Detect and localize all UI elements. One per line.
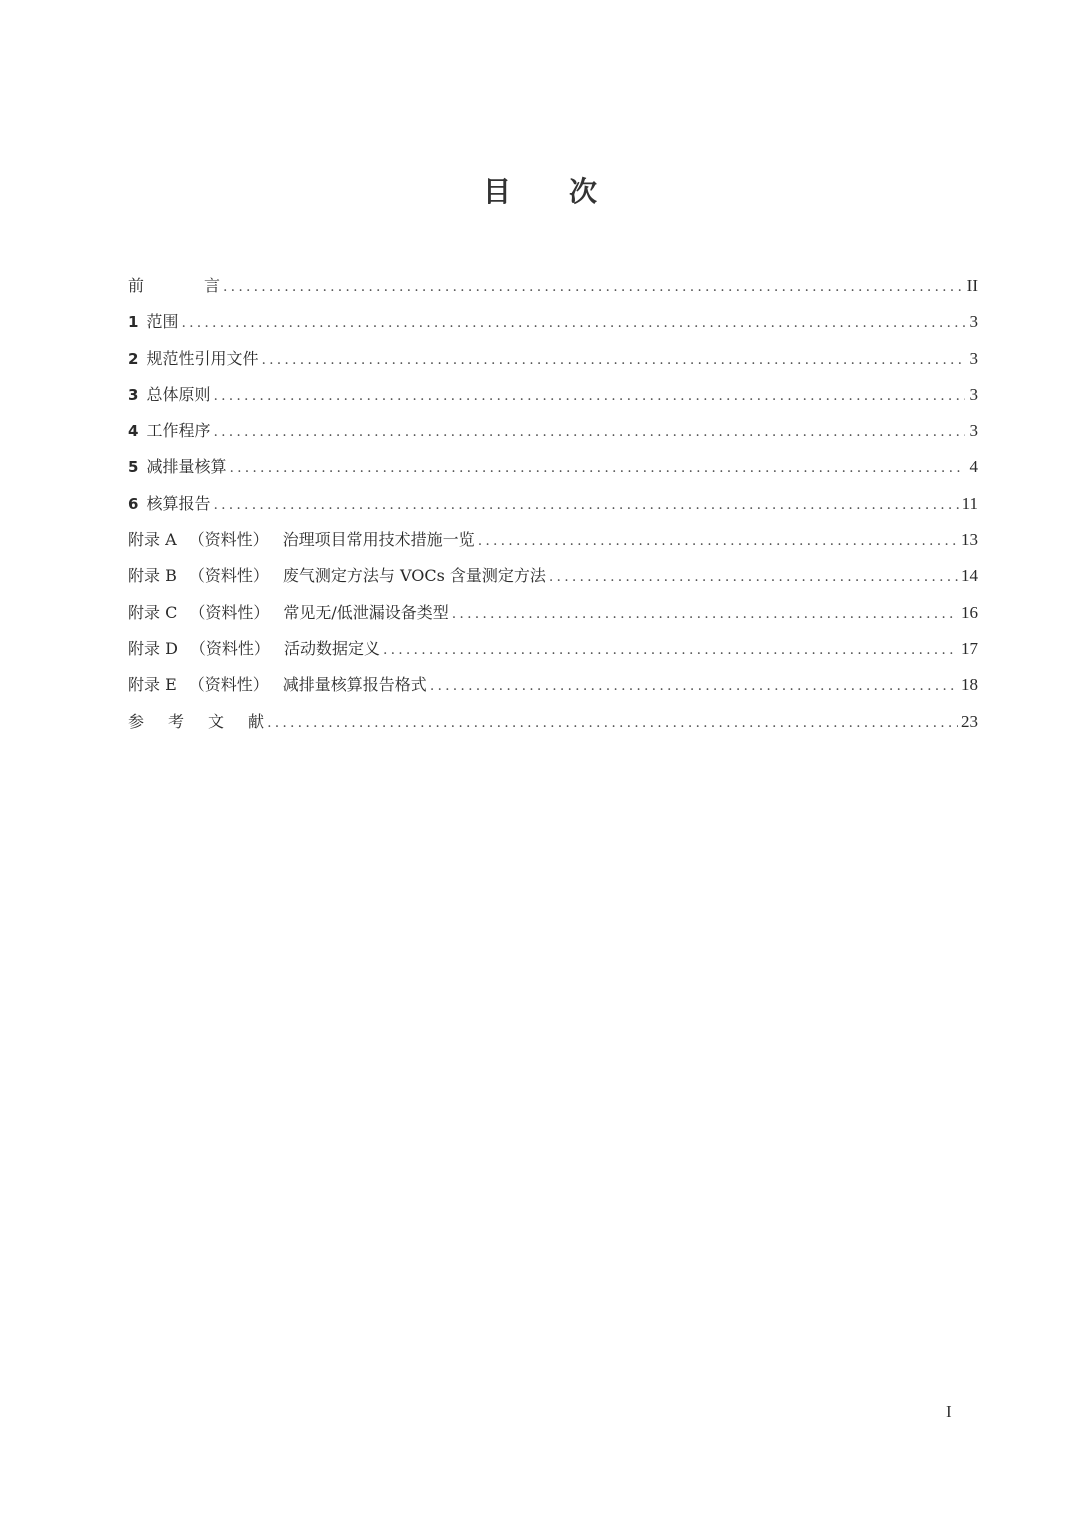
toc-entry[interactable]: 附录 B（资料性）废气测定方法与 VOCs 含量测定方法............… [128,558,978,594]
toc-entry-char: 前 [128,268,144,304]
appendix-title: 活动数据定义 [284,631,380,667]
toc-page-number: 18 [961,667,978,703]
toc-page-number: 3 [968,377,978,413]
title-char-1: 目 [483,175,511,208]
dot-leader: ........................................… [213,414,965,450]
appendix-tag: 附录 A [128,522,177,558]
dot-leader: ........................................… [223,269,964,305]
toc-entry-char: 参 [128,704,144,740]
section-title: 工作程序 [146,413,210,449]
toc-entry[interactable]: 附录 C（资料性）常见无/低泄漏设备类型....................… [128,595,978,631]
toc-page-number: 13 [961,522,978,558]
toc-page-number: 11 [962,486,978,522]
toc-entry[interactable]: 1范围.....................................… [128,304,978,340]
appendix-tag: 附录 E [128,667,177,703]
toc-entry-label: 5减排量核算 [128,449,226,485]
toc-entry-label: 附录 A（资料性）治理项目常用技术措施一览 [128,522,475,558]
toc-page-number: 3 [968,341,978,377]
dot-leader: ........................................… [383,632,958,668]
dot-leader: ........................................… [213,378,965,414]
toc-entry[interactable]: 附录 D（资料性）活动数据定义.........................… [128,631,978,667]
toc-page-number: 14 [961,558,978,594]
appendix-type: （资料性） [190,631,270,667]
appendix-tag: 附录 B [128,558,177,594]
dot-leader: ........................................… [267,705,958,741]
toc-entry-label: 附录 B（资料性）废气测定方法与 VOCs 含量测定方法 [128,558,546,594]
dot-leader: ........................................… [549,559,958,595]
toc-entry-label: 2规范性引用文件 [128,341,258,377]
toc-entry-char: 考 [168,704,184,740]
dot-leader: ........................................… [213,487,958,523]
toc-entry-label: 附录 E（资料性）减排量核算报告格式 [128,667,427,703]
toc-page-number: 17 [961,631,978,667]
section-number: 5 [128,449,138,485]
dot-leader: ........................................… [261,342,965,378]
section-number: 2 [128,341,138,377]
section-title: 规范性引用文件 [146,341,258,377]
section-number: 1 [128,304,138,340]
section-title: 总体原则 [146,377,210,413]
dot-leader: ........................................… [452,596,958,632]
toc-entry[interactable]: 附录 A（资料性）治理项目常用技术措施一览...................… [128,522,978,558]
toc-entry-label: 附录 C（资料性）常见无/低泄漏设备类型 [128,595,449,631]
appendix-title: 减排量核算报告格式 [283,667,427,703]
section-number: 6 [128,486,138,522]
section-number: 4 [128,413,138,449]
toc-entry[interactable]: 前言......................................… [128,268,978,304]
toc-entry-label: 4工作程序 [128,413,210,449]
section-number: 3 [128,377,138,413]
toc-entry[interactable]: 6核算报告...................................… [128,486,978,522]
appendix-tag: 附录 C [128,595,177,631]
section-title: 核算报告 [146,486,210,522]
table-of-contents: 前言......................................… [128,268,978,740]
page-title: 目次 [0,172,1080,212]
dot-leader: ........................................… [229,450,965,486]
toc-page-number: 3 [968,304,978,340]
toc-entry[interactable]: 附录 E（资料性）减排量核算报告格式......................… [128,667,978,703]
appendix-title: 治理项目常用技术措施一览 [283,522,475,558]
toc-entry-char: 献 [248,704,264,740]
appendix-type: （资料性） [189,558,269,594]
appendix-title: 废气测定方法与 VOCs 含量测定方法 [283,558,546,594]
appendix-tag: 附录 D [128,631,178,667]
toc-entry-label: 1范围 [128,304,178,340]
section-title: 减排量核算 [146,449,226,485]
toc-entry-char: 言 [204,268,220,304]
toc-page-number: 23 [961,704,978,740]
toc-entry-char: 文 [208,704,224,740]
dot-leader: ........................................… [181,305,965,341]
appendix-type: （资料性） [189,667,269,703]
toc-entry[interactable]: 参考文献....................................… [128,704,978,740]
toc-entry[interactable]: 4工作程序...................................… [128,413,978,449]
section-title: 范围 [146,304,178,340]
toc-entry[interactable]: 2规范性引用文件................................… [128,341,978,377]
toc-entry-label: 6核算报告 [128,486,210,522]
appendix-type: （资料性） [189,522,269,558]
dot-leader: ........................................… [430,668,958,704]
toc-page-number: 16 [961,595,978,631]
page-number-footer: I [946,1402,952,1422]
toc-page-number: 4 [968,449,978,485]
appendix-type: （资料性） [189,595,269,631]
toc-entry[interactable]: 3总体原则...................................… [128,377,978,413]
toc-entry-label: 3总体原则 [128,377,210,413]
dot-leader: ........................................… [478,523,958,559]
toc-entry-label: 附录 D（资料性）活动数据定义 [128,631,380,667]
appendix-title: 常见无/低泄漏设备类型 [283,595,448,631]
toc-entry-label: 前言 [128,268,220,304]
toc-entry[interactable]: 5减排量核算..................................… [128,449,978,485]
title-char-2: 次 [569,175,597,208]
toc-page-number: II [967,268,978,304]
toc-entry-label: 参考文献 [128,704,264,740]
toc-page-number: 3 [968,413,978,449]
